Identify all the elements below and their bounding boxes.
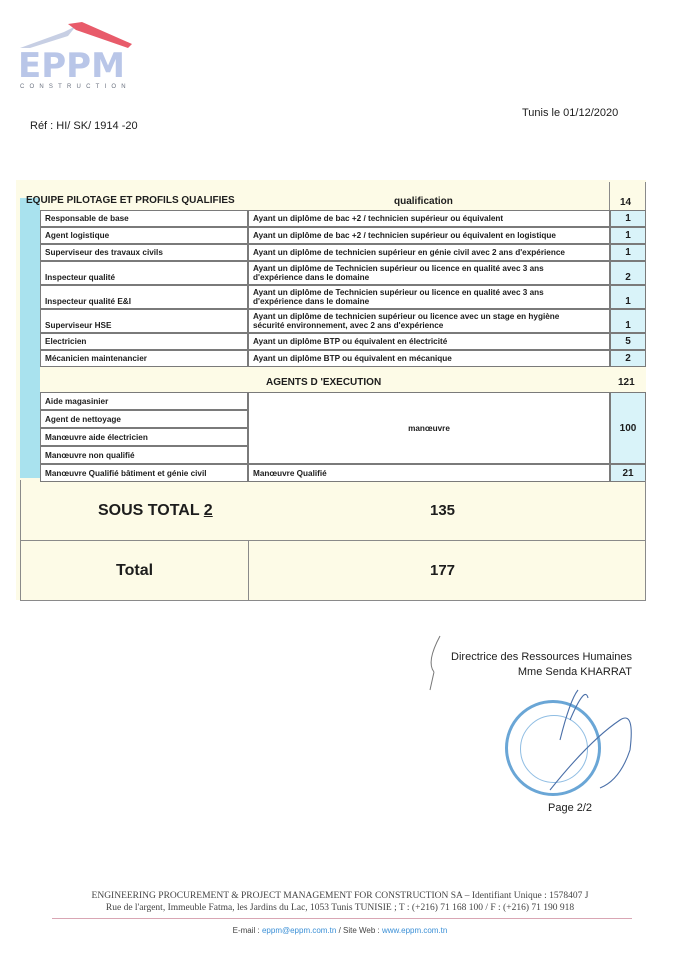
section2-total: 121 — [618, 377, 635, 388]
website-link[interactable]: www.eppm.com.tn — [382, 926, 447, 935]
handwritten-signature-icon — [530, 680, 640, 810]
table-row-role: Inspecteur qualité E&I — [40, 285, 248, 309]
divider — [20, 540, 646, 541]
page-number: Page 2/2 — [548, 802, 592, 814]
table-row-role: Aide magasinier — [40, 392, 248, 410]
section2-title: AGENTS D 'EXECUTION — [266, 377, 381, 388]
table-row-qualification: Ayant un diplôme de Technicien supérieur… — [248, 285, 610, 309]
table-row-role: Superviseur HSE — [40, 309, 248, 333]
qualification-header: qualification — [394, 196, 453, 207]
table-row-count: 1 — [610, 210, 646, 227]
footer-line-2: Rue de l'argent, Immeuble Fatma, les Jar… — [0, 902, 680, 914]
qualification-line: Ayant un diplôme BTP ou équivalent en él… — [253, 337, 447, 346]
footer-divider — [52, 918, 632, 919]
qualification-line: Ayant un diplôme BTP ou équivalent en mé… — [253, 354, 452, 363]
table-row-qualification: Manœuvre Qualifié — [248, 464, 610, 482]
table-row-role: Mécanicien maintenancier — [40, 350, 248, 367]
table-row-role: Inspecteur qualité — [40, 261, 248, 285]
table-row-count: 1 — [610, 244, 646, 261]
table-row-qualification: Ayant un diplôme de bac +2 / technicien … — [248, 210, 610, 227]
table-row-role: Agent de nettoyage — [40, 410, 248, 428]
signatory-title: Directrice des Ressources Humaines — [446, 650, 632, 665]
email-link[interactable]: eppm@eppm.com.tn — [262, 926, 336, 935]
table-row-count: 1 — [610, 309, 646, 333]
email-label: E-mail : — [233, 926, 262, 935]
table-row-count: 2 — [610, 261, 646, 285]
table-row-role: Superviseur des travaux civils — [40, 244, 248, 261]
table-row-count: 1 — [610, 227, 646, 244]
qualification-line: Ayant un diplôme de bac +2 / technicien … — [253, 231, 556, 240]
signatory-name: Mme Senda KHARRAT — [446, 665, 632, 680]
logo-subtitle: CONSTRUCTION — [20, 84, 131, 90]
qualification-line: sécurité environnement, avec 2 ans d'exp… — [253, 321, 443, 330]
divider — [20, 600, 646, 601]
footer-company-info: ENGINEERING PROCUREMENT & PROJECT MANAGE… — [0, 890, 680, 914]
qualification-line: d'expérience dans le domaine — [253, 297, 369, 306]
table-row-count: 1 — [610, 285, 646, 309]
divider — [248, 540, 249, 600]
table-row-qualification: Ayant un diplôme de bac +2 / technicien … — [248, 227, 610, 244]
table-row-role: Manœuvre Qualifié bâtiment et génie civi… — [40, 464, 248, 482]
table-row-qualification: Ayant un diplôme BTP ou équivalent en mé… — [248, 350, 610, 367]
company-logo: EPPM CONSTRUCTION — [16, 22, 132, 94]
divider — [645, 480, 646, 600]
qualification-line: Ayant un diplôme de Technicien supérieur… — [253, 288, 544, 297]
subtotal-label: SOUS TOTAL 2 — [98, 502, 213, 520]
web-label: / Site Web : — [336, 926, 382, 935]
qualification-line: Ayant un diplôme de technicien supérieur… — [253, 312, 559, 321]
table-row-role: Responsable de base — [40, 210, 248, 227]
section1-total: 14 — [620, 197, 631, 208]
divider — [645, 182, 646, 210]
staffing-table: EQUIPE PILOTAGE ET PROFILS QUALIFIES qua… — [16, 180, 646, 600]
table-row-role: Manœuvre aide électricien — [40, 428, 248, 446]
qualification-line: Ayant un diplôme de Technicien supérieur… — [253, 264, 544, 273]
left-accent-band — [20, 198, 40, 478]
signature-block: Directrice des Ressources Humaines Mme S… — [446, 650, 632, 680]
table-row-count: 21 — [610, 464, 646, 482]
table-row-role: Electricien — [40, 333, 248, 350]
table-row-count: 5 — [610, 333, 646, 350]
logo-wordmark: EPPM — [18, 46, 125, 86]
table-row-qualification: Ayant un diplôme BTP ou équivalent en él… — [248, 333, 610, 350]
total-value: 177 — [430, 562, 455, 579]
table-row-qualification: Ayant un diplôme de Technicien supérieur… — [248, 261, 610, 285]
divider — [609, 182, 610, 210]
subtotal-value: 135 — [430, 502, 455, 519]
qualification-line: d'expérience dans le domaine — [253, 273, 369, 282]
reference-number: Réf : HI/ SK/ 1914 -20 — [30, 120, 138, 132]
qualification-line: Ayant un diplôme de technicien supérieur… — [253, 248, 565, 257]
section1-title: EQUIPE PILOTAGE ET PROFILS QUALIFIES — [26, 195, 235, 206]
table-row-qualification: Ayant un diplôme de technicien supérieur… — [248, 309, 610, 333]
footer-line-1: ENGINEERING PROCUREMENT & PROJECT MANAGE… — [0, 890, 680, 902]
table-row-role: Agent logistique — [40, 227, 248, 244]
group-count: 100 — [610, 392, 646, 464]
table-row-qualification: Ayant un diplôme de technicien supérieur… — [248, 244, 610, 261]
group-qualification: manœuvre — [248, 392, 610, 464]
total-label: Total — [116, 562, 153, 580]
document-date: Tunis le 01/12/2020 — [522, 107, 618, 119]
signature-stroke-icon — [420, 632, 450, 692]
table-row-role: Manœuvre non qualifié — [40, 446, 248, 464]
table-row-count: 2 — [610, 350, 646, 367]
qualification-line: Ayant un diplôme de bac +2 / technicien … — [253, 214, 503, 223]
divider — [20, 480, 21, 600]
footer-contact: E-mail : eppm@eppm.com.tn / Site Web : w… — [0, 926, 680, 935]
